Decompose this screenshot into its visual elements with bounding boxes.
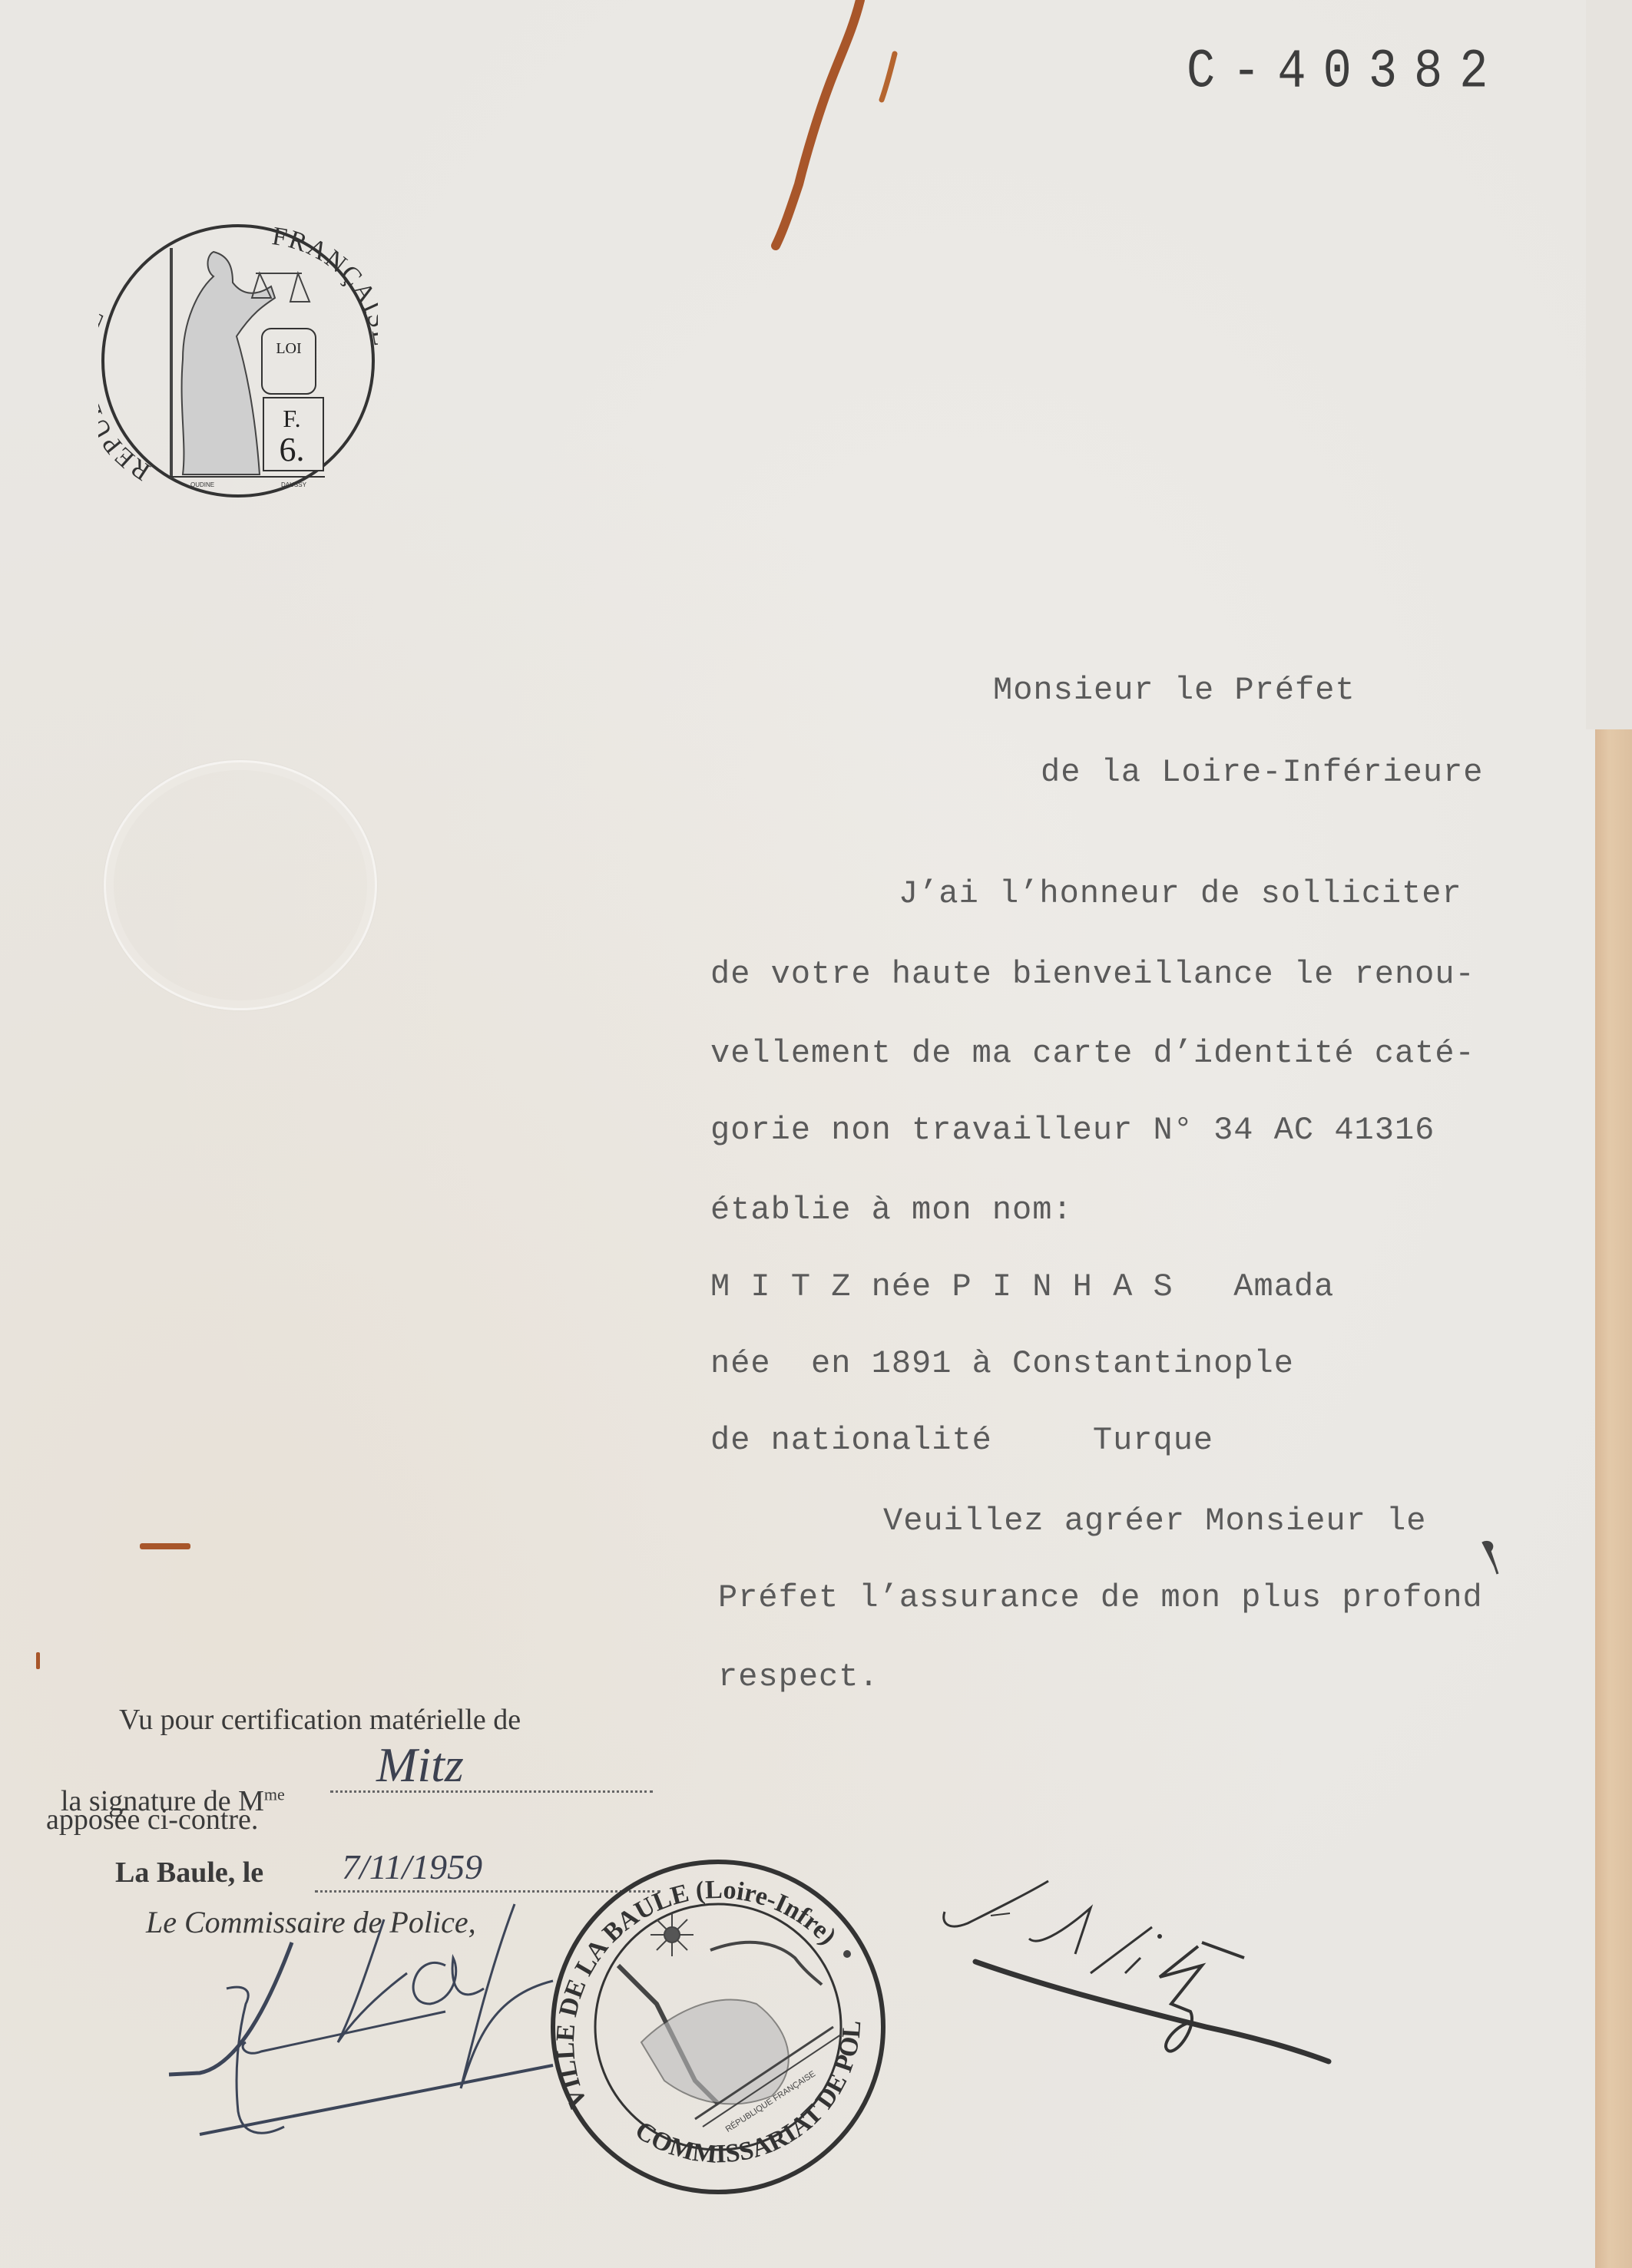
ink-spot-icon bbox=[1478, 1539, 1509, 1585]
rust-dash-icon bbox=[138, 1539, 200, 1555]
rust-stain-icon bbox=[745, 0, 899, 261]
fiscal-stamp-value-line2: 6. bbox=[280, 431, 305, 468]
applicant-signature-icon bbox=[937, 1850, 1367, 2081]
body-line: respect. bbox=[718, 1658, 879, 1695]
engraver-right: DAUSSY bbox=[281, 481, 307, 488]
handwritten-name: Mitz bbox=[376, 1737, 464, 1794]
fiscal-stamp-tablet-text: LOI bbox=[276, 340, 301, 357]
body-line: J’ai l’honneur de solliciter bbox=[899, 875, 1462, 912]
body-line: née en 1891 à Constantinople bbox=[710, 1345, 1294, 1382]
body-line: gorie non travailleur N° 34 AC 41316 bbox=[710, 1112, 1435, 1149]
reference-number: C-40382 bbox=[1187, 41, 1505, 104]
embossed-seal bbox=[104, 760, 377, 1010]
body-line: de votre haute bienveillance le renou- bbox=[710, 956, 1475, 993]
body-line: Veuillez agréer Monsieur le bbox=[883, 1503, 1427, 1539]
paper-edge-top bbox=[1586, 0, 1632, 729]
engraver-left: OUDINE bbox=[190, 481, 214, 488]
body-line-name: M I T Z née P I N H A S Amada bbox=[710, 1268, 1334, 1305]
body-line: Préfet l’assurance de mon plus profond bbox=[718, 1579, 1483, 1616]
body-line: de nationalité Turque bbox=[710, 1422, 1213, 1459]
addressee-line2: de la Loire-Inférieure bbox=[1041, 754, 1484, 791]
addressee-line1: Monsieur le Préfet bbox=[993, 672, 1356, 709]
fiscal-stamp-icon: REPUBLIQUE FRANÇAISE LOI F. 6. OUDINE DA… bbox=[98, 221, 378, 501]
body-line: vellement de ma carte d’identité caté- bbox=[710, 1035, 1475, 1072]
certification-line1: Vu pour certification matérielle de bbox=[119, 1703, 521, 1737]
title-superscript: me bbox=[264, 1784, 285, 1803]
body-line: établie à mon nom: bbox=[710, 1192, 1073, 1228]
police-stamp-icon: VILLE DE LA BAULE (Loire-Infre) COMMISSA… bbox=[541, 1850, 895, 2204]
rust-tick-icon bbox=[34, 1651, 43, 1674]
certification-line3: apposée ci-contre. bbox=[46, 1803, 258, 1837]
fiscal-stamp-value-line1: F. bbox=[283, 405, 300, 432]
